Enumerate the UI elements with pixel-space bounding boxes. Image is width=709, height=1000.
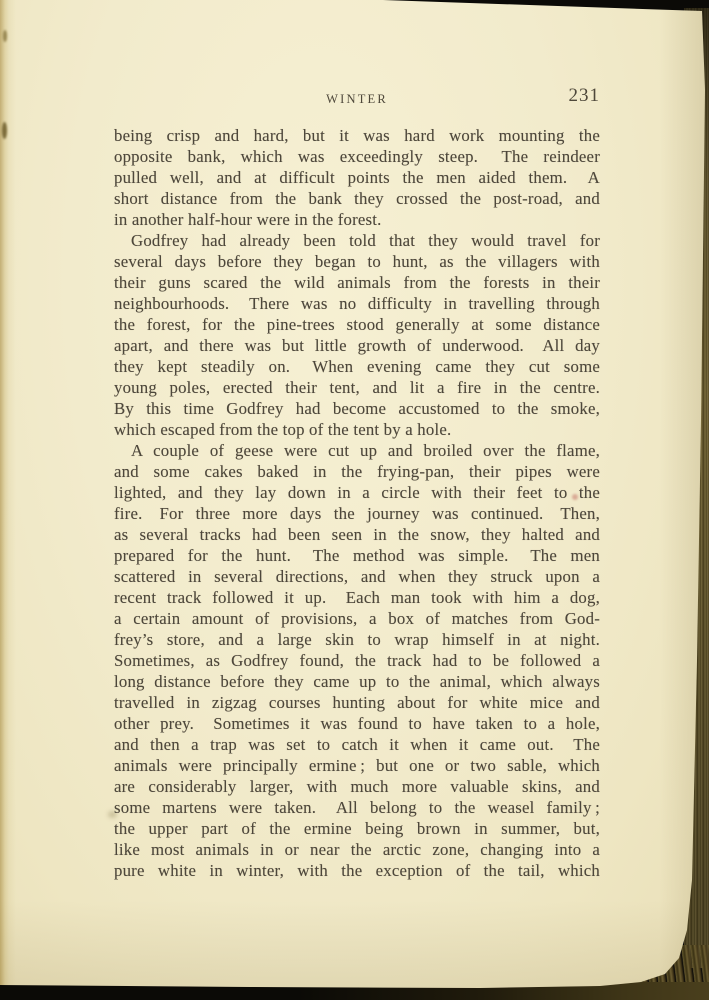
paper-speck [2,122,7,139]
text-line: prepared for the hunt. The method was si… [114,545,600,566]
text-line: which escaped from the top of the tent b… [114,419,600,440]
text-line: and then a trap was set to catch it when… [114,734,600,755]
text-line: long distance before they came up to the… [114,671,600,692]
text-line: scattered in several directions, and whe… [114,566,600,587]
text-line: pulled well, and at difficult points the… [114,167,600,188]
binding-gutter-shadow [0,0,16,1000]
text-line: Sometimes, as Godfrey found, the track h… [114,650,600,671]
book-page: WINTER 231 being crisp and hard, but it … [0,0,709,1000]
text-line: Godfrey had already been told that they … [114,230,600,251]
text-line: frey’s store, and a large skin to wrap h… [114,629,600,650]
text-line: some martens were taken. All belong to t… [114,797,600,818]
text-line: are considerably larger, with much more … [114,776,600,797]
text-line: a certain amount of provisions, a box of… [114,608,600,629]
text-line: animals were principally ermine ; but on… [114,755,600,776]
text-line: A couple of geese were cut up and broile… [114,440,600,461]
text-line: several days before they began to hunt, … [114,251,600,272]
page-header: WINTER 231 [114,84,600,108]
text-line: apart, and there was but little growth o… [114,335,600,356]
text-line: fire. For three more days the journey wa… [114,503,600,524]
text-line: pure white in winter, with the exception… [114,860,600,881]
page-text: being crisp and hard, but it was hard wo… [114,125,600,881]
text-line: lighted, and they lay down in a circle w… [114,482,600,503]
text-line: like most animals in or near the arctic … [114,839,600,860]
text-line: their guns scared the wild animals from … [114,272,600,293]
text-line: travelled in zigzag courses hunting abou… [114,692,600,713]
running-title: WINTER [326,92,388,107]
text-line: and some cakes baked in the frying-pan, … [114,461,600,482]
text-line: being crisp and hard, but it was hard wo… [114,125,600,146]
text-line: opposite bank, which was exceedingly ste… [114,146,600,167]
text-line: they kept steadily on. When evening came… [114,356,600,377]
text-line: the forest, for the pine-trees stood gen… [114,314,600,335]
text-line: short distance from the bank they crosse… [114,188,600,209]
text-line: recent track followed it up. Each man to… [114,587,600,608]
page-number: 231 [569,85,601,107]
text-line: the upper part of the ermine being brown… [114,818,600,839]
text-line: other prey. Sometimes it was found to ha… [114,713,600,734]
text-line: young poles, erected their tent, and lit… [114,377,600,398]
text-line: in another half-hour were in the forest. [114,209,600,230]
text-line: as several tracks had been seen in the s… [114,524,600,545]
text-line: By this time Godfrey had become accustom… [114,398,600,419]
text-line: neighbourhoods. There was no difficulty … [114,293,600,314]
paper-speck [3,30,7,42]
